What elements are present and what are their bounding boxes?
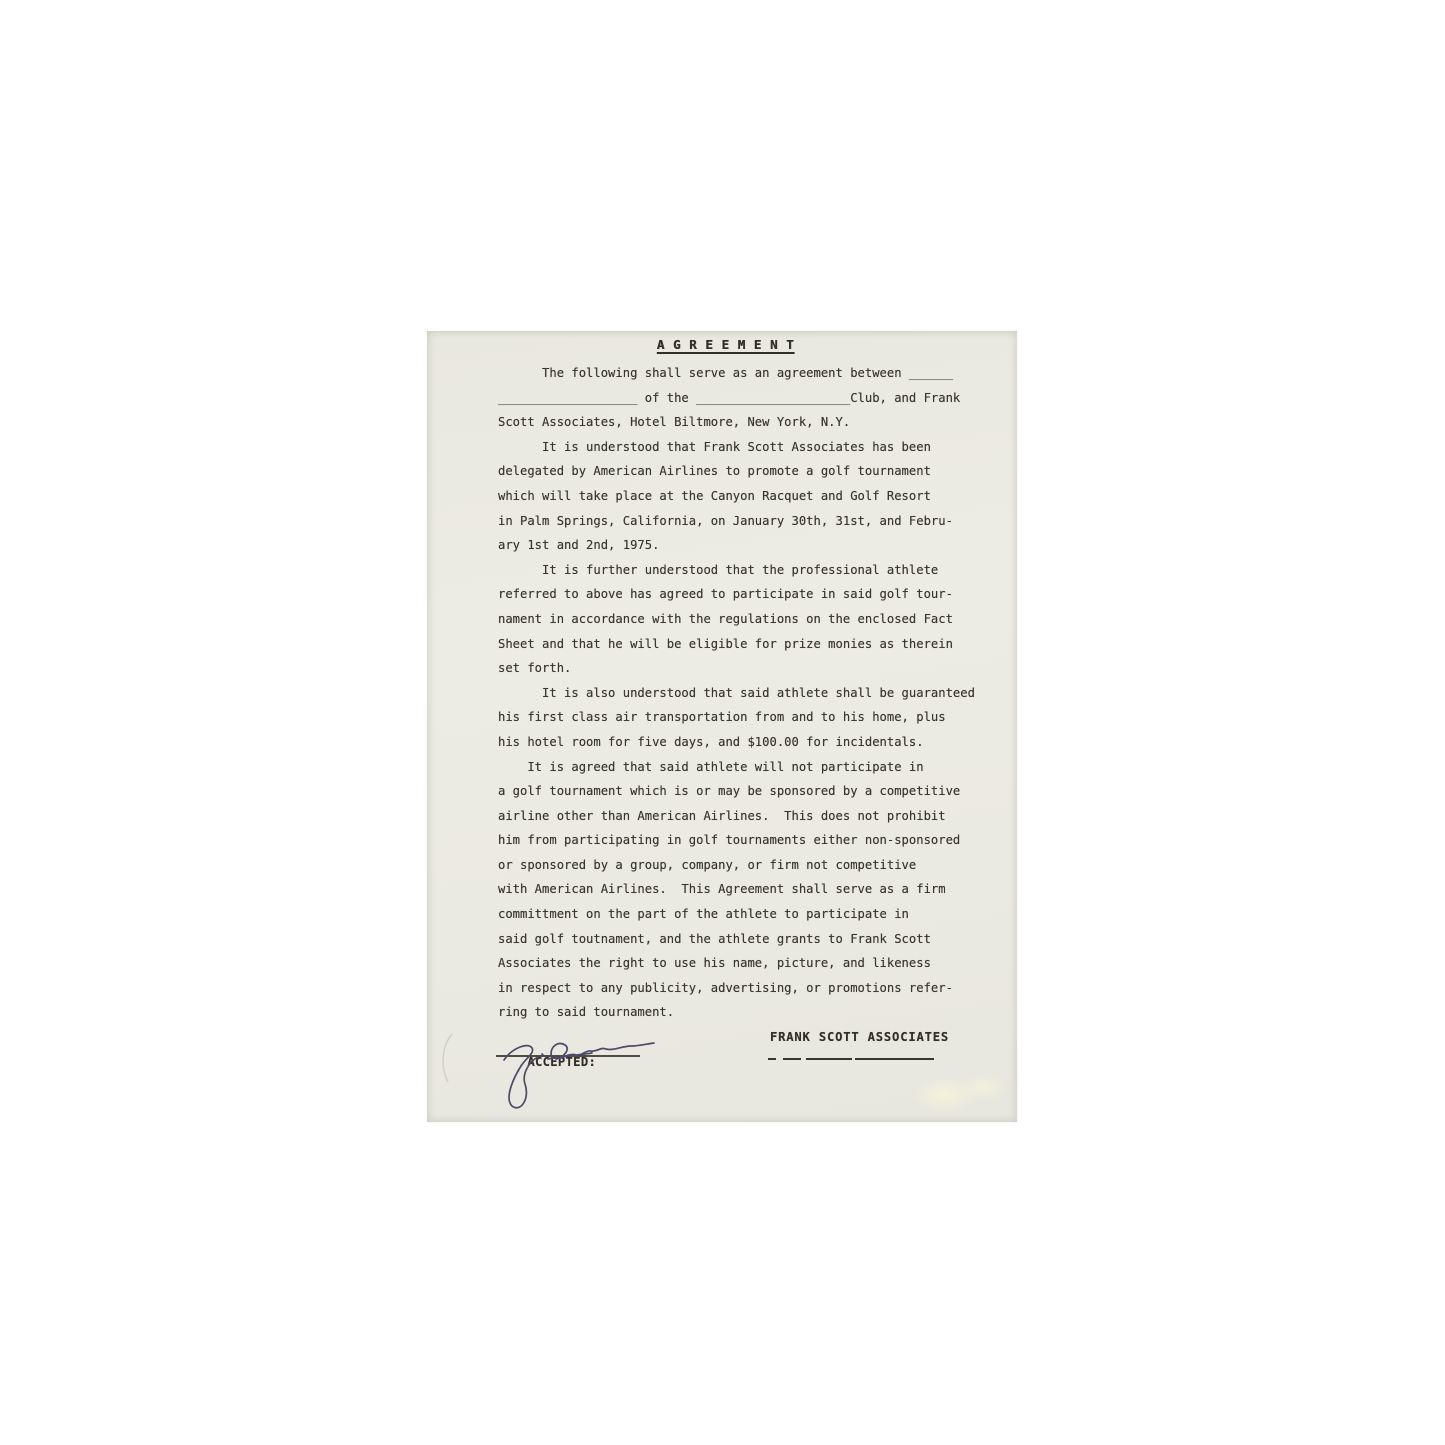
- document-line: with American Airlines. This Agreement s…: [498, 877, 973, 902]
- document-line: ary 1st and 2nd, 1975.: [498, 533, 973, 558]
- document-line: Scott Associates, Hotel Biltmore, New Yo…: [498, 410, 973, 435]
- document-line: It is agreed that said athlete will not …: [498, 755, 973, 780]
- document-body: The following shall serve as an agreemen…: [498, 361, 973, 1050]
- document-line: committment on the part of the athlete t…: [498, 902, 973, 927]
- document-line: delegated by American Airlines to promot…: [498, 459, 973, 484]
- document-line: nament in accordance with the regulation…: [498, 607, 973, 632]
- document-line: his first class air transportation from …: [498, 705, 973, 730]
- document-line: a golf tournament which is or may be spo…: [498, 779, 973, 804]
- company-signature-line: [766, 1054, 938, 1064]
- document-line: Associates the right to use his name, pi…: [498, 951, 973, 976]
- document-line: his hotel room for five days, and $100.0…: [498, 730, 973, 755]
- document-line: which will take place at the Canyon Racq…: [498, 484, 973, 509]
- handwritten-signature: [488, 1036, 668, 1120]
- document-line: It is understood that Frank Scott Associ…: [498, 435, 973, 460]
- document-line: The following shall serve as an agreemen…: [498, 361, 973, 386]
- stray-pencil-mark: [434, 1028, 460, 1088]
- document-line: referred to above has agreed to particip…: [498, 582, 973, 607]
- document-line: said golf toutnament, and the athlete gr…: [498, 927, 973, 952]
- document-line: It is also understood that said athlete …: [498, 681, 973, 706]
- document-line: in Palm Springs, California, on January …: [498, 509, 973, 534]
- document-line: set forth.: [498, 656, 973, 681]
- document-line: or sponsored by a group, company, or fir…: [498, 853, 973, 878]
- document-title: A G R E E M E N T: [498, 337, 953, 352]
- document-line: ring to said tournament.: [498, 1000, 973, 1025]
- document-line: ___________________ of the _____________…: [498, 386, 973, 411]
- document-line: It is further understood that the profes…: [498, 558, 973, 583]
- company-label: FRANK SCOTT ASSOCIATES: [770, 1025, 949, 1050]
- document-line: in respect to any publicity, advertising…: [498, 976, 973, 1001]
- document-line: him from participating in golf tournamen…: [498, 828, 973, 853]
- document-line: Sheet and that he will be eligible for p…: [498, 632, 973, 657]
- document-line: airline other than American Airlines. Th…: [498, 804, 973, 829]
